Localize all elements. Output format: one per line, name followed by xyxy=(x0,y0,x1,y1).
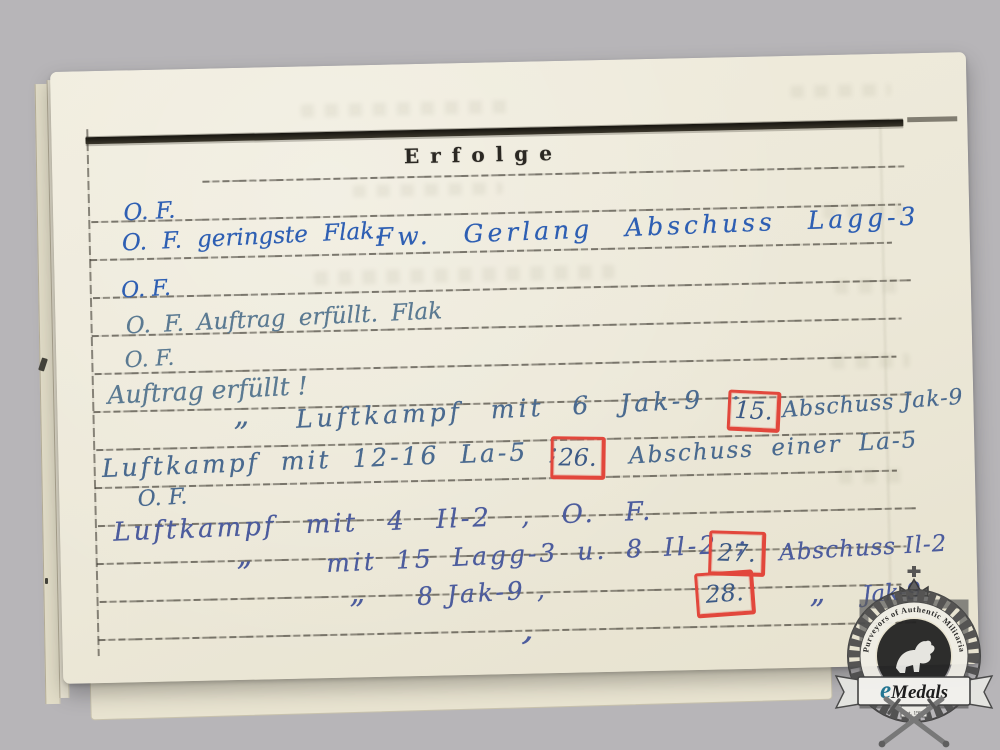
entry-stray-comma: , xyxy=(520,608,539,650)
entry-3-of: O. F. xyxy=(121,276,172,304)
entry-4: O. F. Auftrag erfüllt. Flak xyxy=(125,298,442,339)
photo-background: { "scene": { "background_color": "#b7b5b… xyxy=(0,0,1000,750)
entry-12-main: 8 Jak-9 , xyxy=(416,575,548,611)
entry-7-main: Luftkampf mit 6 Jak-9 · xyxy=(295,383,744,433)
entry-7-ditto: „ xyxy=(233,398,249,433)
entry-1-of: O. F. xyxy=(123,198,176,227)
entry-11-ditto: „ xyxy=(236,538,252,573)
watermark-crest: Purveyors of Authentic Militaria eMedals… xyxy=(826,558,1000,748)
entry-7-result: Abschuss Jak-9 xyxy=(781,385,964,423)
entry-9-of: O. F. xyxy=(137,484,188,512)
victory-box-26: 26. xyxy=(550,436,606,480)
entry-8-main: Luftkampf mit 12-16 La-5 ; xyxy=(101,436,561,483)
edge-mark xyxy=(45,578,48,584)
entry-6: Auftrag erfüllt ! xyxy=(107,371,309,410)
victory-box-15: 15. xyxy=(727,389,782,432)
entry-12-ditto2: „ xyxy=(809,575,825,610)
entry-5-of: O. F. xyxy=(124,346,175,374)
entry-8-result: Abschuss einer La-5 xyxy=(628,427,919,469)
entry-12-ditto: „ xyxy=(349,575,365,610)
victory-box-28: 28. xyxy=(694,569,756,618)
entry-2-right: Fw. Gerlang Abschuss Lagg-3 xyxy=(375,202,920,252)
